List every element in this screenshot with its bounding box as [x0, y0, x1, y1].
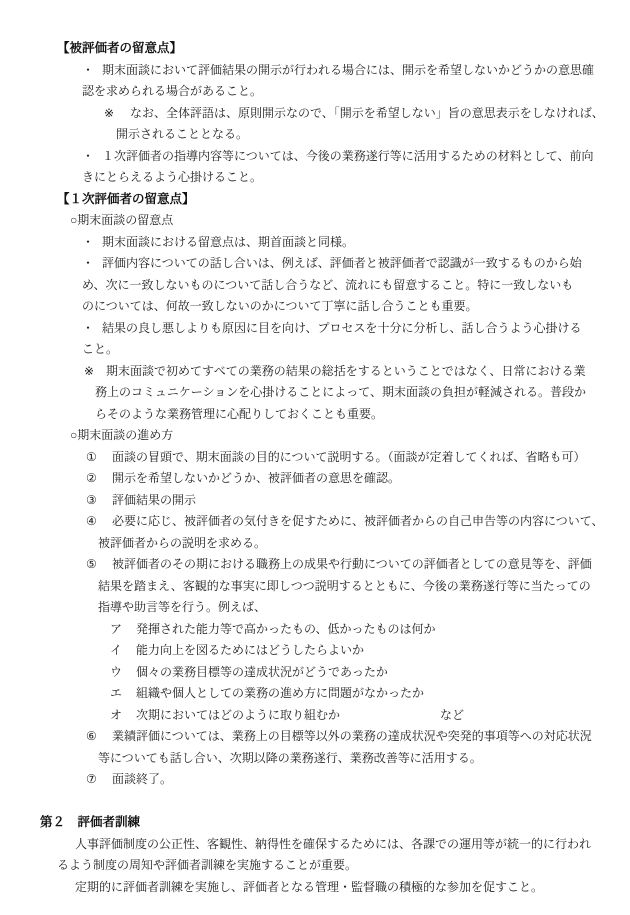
text-line: ・１次評価者の指導内容等については、今後の業務遂行等に活用するための材料として、… — [0, 146, 630, 168]
text-line: ・期末面談における留意点は、期首面談と同様。 — [0, 232, 630, 254]
line-text: 評価結果の開示 — [112, 493, 196, 507]
line-text: 被評価者のその期における職務上の成果や行動についての評価者としての意見等を、評価 — [112, 557, 592, 571]
line-text: 指導や助言等を行う。例えば、 — [98, 600, 266, 614]
text-line: ③評価結果の開示 — [0, 490, 630, 512]
item-number: ③ — [86, 490, 112, 512]
line-text: 業績評価については、業務上の目標等以外の業務の達成状況や突発的事項等への対応状況 — [112, 729, 592, 743]
text-line: るよう制度の周知や評価者訓練を実施することが重要。 — [0, 855, 630, 877]
reference-mark-icon: ※ — [84, 361, 106, 383]
line-text: るよう制度の周知や評価者訓練を実施することが重要。 — [57, 858, 357, 872]
text-line: ア発揮された能力等で高かったもの、低かったものは何か — [0, 619, 630, 641]
line-text: 次期においてはどのように取り組むか — [136, 708, 340, 722]
text-line: ○期末面談の進め方 — [0, 425, 630, 447]
text-line: ①面談の冒頭で、期末面談の目的について説明する。（面談が定着してくれば、省略も可… — [0, 447, 630, 469]
text-line: ・結果の良し悪しよりも原因に目を向け、プロセスを十分に分析し、話し合うよう心掛け… — [0, 318, 630, 340]
line-text: ○期末面談の進め方 — [70, 428, 173, 442]
line-text: 認を求められる場合があること。 — [82, 84, 262, 98]
line-text: きにとらえるよう心掛けること。 — [82, 170, 262, 184]
text-line: 人事評価制度の公正性、客観性、納得性を確保するためには、各課での運用等が統一的に… — [0, 834, 630, 856]
text-line: 等についても話し合い、次期以降の業務遂行、業務改善等に活用する。 — [0, 748, 630, 770]
item-letter: オ — [110, 705, 136, 727]
text-line: ウ個々の業務目標等の達成状況がどうであったか — [0, 662, 630, 684]
text-line: ⑦面談終了。 — [0, 769, 630, 791]
line-text: 第２ 評価者訓練 — [40, 815, 140, 829]
line-text: 組織や個人としての業務の進め方に問題がなかったか — [136, 686, 424, 700]
text-line: ※期末面談で初めてすべての業務の結果の総括をするということではなく、日常における… — [0, 361, 630, 383]
text-line: ・評価内容についての話し合いは、例えば、評価者と被評価者で認識が一致するものから… — [0, 253, 630, 275]
text-line: 定期的に評価者訓練を実施し、評価者となる管理・監督職の積極的な参加を促すこと。 — [0, 877, 630, 899]
item-number: ⑦ — [86, 769, 112, 791]
line-text: 定期的に評価者訓練を実施し、評価者となる管理・監督職の積極的な参加を促すこと。 — [75, 880, 543, 894]
text-line: きにとらえるよう心掛けること。 — [0, 167, 630, 189]
item-number: ⑥ — [86, 726, 112, 748]
line-text: 必要に応じ、被評価者の気付きを促すために、被評価者からの自己申告等の内容について… — [112, 514, 604, 528]
line-text: 面談終了。 — [112, 772, 172, 786]
line-text: らそのような業務管理に心配りしておくことも重要。 — [95, 407, 383, 421]
line-text: のについては、何故一致しないのかについて丁寧に話し合うことも重要。 — [82, 299, 478, 313]
reference-mark-icon: ※ — [104, 103, 130, 125]
item-letter: ア — [110, 619, 136, 641]
text-line: らそのような業務管理に心配りしておくことも重要。 — [0, 404, 630, 426]
document-page: 【被評価者の留意点】・期末面談において評価結果の開示が行われる場合には、開示を希… — [0, 0, 630, 915]
line-text: 面談の冒頭で、期末面談の目的について説明する。（面談が定着してくれば、省略も可） — [112, 450, 586, 464]
bullet-marker: ・ — [82, 60, 102, 82]
line-text: なお、全体評語は、原則開示なので、「開示を希望しない」旨の意思表示をしなければ、 — [130, 106, 604, 120]
line-text: め、次に一致しないものについて話し合うなど、流れにも留意すること。特に一致しない… — [82, 278, 573, 292]
text-line: エ組織や個人としての業務の進め方に問題がなかったか — [0, 683, 630, 705]
item-letter: エ — [110, 683, 136, 705]
item-letter: ウ — [110, 662, 136, 684]
item-number: ② — [86, 468, 112, 490]
line-text: 期末面談における留意点は、期首面談と同様。 — [102, 235, 354, 249]
line-text: 等についても話し合い、次期以降の業務遂行、業務改善等に活用する。 — [98, 751, 482, 765]
bullet-marker: ・ — [82, 318, 102, 340]
line-text: 開示されることとなる。 — [116, 127, 248, 141]
line-text: 人事評価制度の公正性、客観性、納得性を確保するためには、各課での運用等が統一的に… — [75, 837, 591, 851]
bullet-marker: ・ — [82, 232, 102, 254]
text-line: 開示されることとなる。 — [0, 124, 630, 146]
bullet-marker: ・ — [82, 253, 102, 275]
line-text: 個々の業務目標等の達成状況がどうであったか — [136, 665, 388, 679]
line-text: 期末面談において評価結果の開示が行われる場合には、開示を希望しないかどうかの意思… — [102, 63, 594, 77]
section-heading: 第２ 評価者訓練 — [0, 812, 630, 834]
item-number: ⑤ — [86, 554, 112, 576]
line-text: 被評価者からの説明を求める。 — [98, 536, 266, 550]
line-suffix-text: など — [440, 705, 464, 727]
line-text: 務上のコミュニケーションを心掛けることによって、期末面談の負担が軽減される。普段… — [95, 385, 586, 399]
text-line: 認を求められる場合があること。 — [0, 81, 630, 103]
bullet-marker: ・ — [82, 146, 102, 168]
text-line: ⑤被評価者のその期における職務上の成果や行動についての評価者としての意見等を、評… — [0, 554, 630, 576]
line-text: 結果を踏まえ、客観的な事実に即しつつ説明するとともに、今後の業務遂行等に当たって… — [98, 579, 591, 593]
blank-line — [0, 791, 630, 813]
line-text: ○期末面談の留意点 — [70, 213, 173, 227]
item-letter: イ — [110, 640, 136, 662]
section-heading: 【１次評価者の留意点】 — [0, 189, 630, 211]
item-number: ① — [86, 447, 112, 469]
section-heading: 【被評価者の留意点】 — [0, 38, 630, 60]
line-text: 評価内容についての話し合いは、例えば、評価者と被評価者で認識が一致するものから始 — [102, 256, 582, 270]
text-line: め、次に一致しないものについて話し合うなど、流れにも留意すること。特に一致しない… — [0, 275, 630, 297]
text-line: ⑥業績評価については、業務上の目標等以外の業務の達成状況や突発的事項等への対応状… — [0, 726, 630, 748]
text-line: ○期末面談の留意点 — [0, 210, 630, 232]
text-line: ※なお、全体評語は、原則開示なので、「開示を希望しない」旨の意思表示をしなければ… — [0, 103, 630, 125]
line-text: 発揮された能力等で高かったもの、低かったものは何か — [136, 622, 436, 636]
text-line: ④必要に応じ、被評価者の気付きを促すために、被評価者からの自己申告等の内容につい… — [0, 511, 630, 533]
line-text: 【被評価者の留意点】 — [57, 41, 182, 55]
text-line: のについては、何故一致しないのかについて丁寧に話し合うことも重要。 — [0, 296, 630, 318]
line-text: １次評価者の指導内容等については、今後の業務遂行等に活用するための材料として、前… — [102, 149, 594, 163]
line-text: 期末面談で初めてすべての業務の結果の総括をするということではなく、日常における業 — [106, 364, 586, 378]
line-text: 結果の良し悪しよりも原因に目を向け、プロセスを十分に分析し、話し合うよう心掛ける — [102, 321, 582, 335]
line-text: 開示を希望しないかどうか、被評価者の意思を確認。 — [112, 471, 400, 485]
text-line: 務上のコミュニケーションを心掛けることによって、期末面談の負担が軽減される。普段… — [0, 382, 630, 404]
text-line: 被評価者からの説明を求める。 — [0, 533, 630, 555]
line-text: 【１次評価者の留意点】 — [57, 192, 195, 206]
line-text: 能力向上を図るためにはどうしたらよいか — [136, 643, 364, 657]
item-number: ④ — [86, 511, 112, 533]
text-line: オ次期においてはどのように取り組むかなど — [0, 705, 630, 727]
text-line: こと。 — [0, 339, 630, 361]
text-line: ②開示を希望しないかどうか、被評価者の意思を確認。 — [0, 468, 630, 490]
text-line: ・期末面談において評価結果の開示が行われる場合には、開示を希望しないかどうかの意… — [0, 60, 630, 82]
text-line: イ能力向上を図るためにはどうしたらよいか — [0, 640, 630, 662]
text-line: 結果を踏まえ、客観的な事実に即しつつ説明するとともに、今後の業務遂行等に当たって… — [0, 576, 630, 598]
line-text: こと。 — [82, 342, 118, 356]
text-line: 指導や助言等を行う。例えば、 — [0, 597, 630, 619]
